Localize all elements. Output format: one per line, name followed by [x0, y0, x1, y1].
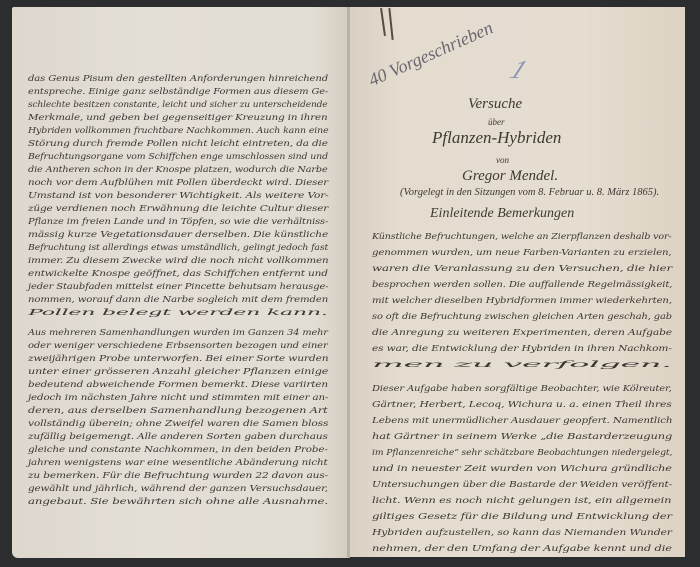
- title-line-3: Pflanzen-Hybriden: [432, 128, 561, 148]
- text-line: mit welcher dieselben Hybridformen immer…: [372, 295, 672, 305]
- text-line: gewählt und jährlich, während der ganzen…: [28, 483, 328, 493]
- text-line: vollständig überein; ohne Zweifel waren …: [28, 418, 328, 428]
- text-line: Merkmale, und geben bei gegenseitiger Kr…: [28, 112, 327, 122]
- text-line: zweijährigen Probe unterworfen. Bei eine…: [28, 353, 328, 363]
- text-line: waren die Veranlassung zu den Versuchen,…: [372, 263, 672, 273]
- text-line: Gärtner, Herbert, Lecoq, Wichura u. a. e…: [372, 399, 672, 409]
- text-line: Künstliche Befruchtungen, welche an Zier…: [372, 231, 672, 241]
- text-line: nommen, worauf dann die Narbe sogleich m…: [28, 294, 328, 304]
- text-line: Untersuchungen über die Bastarde der Wei…: [372, 479, 672, 489]
- text-line: zufällig beigemengt. Alle anderen Sorten…: [28, 431, 328, 441]
- text-line: bedeutend abweichende Formen bemerkt. Di…: [28, 379, 328, 389]
- text-line: genommen wurden, um neue Farben-Variante…: [372, 247, 672, 257]
- title-line-1: Versuche: [468, 96, 522, 113]
- text-line: so oft die Befruchtung zwischen gleichen…: [372, 311, 672, 321]
- text-line: Pflanze im freien Lande und in Töpfen, s…: [28, 216, 328, 226]
- presentation-note: (Vorgelegt in den Sitzungen vom 8. Febru…: [400, 187, 659, 198]
- text-line: entspreche. Einige ganz selbständige For…: [28, 86, 328, 96]
- text-line: Aus mehreren Samenhandlungen wurden im G…: [28, 327, 328, 337]
- text-line: Befruchtung ist allerdings etwas umständ…: [28, 242, 328, 252]
- text-line: immer. Zu diesem Zwecke wird die noch ni…: [28, 255, 328, 265]
- text-line: und in neuester Zeit wurden von Wichura …: [372, 463, 672, 473]
- text-line: besprochen werden sollen. Die auffallend…: [372, 279, 672, 289]
- text-line: die Antheren schon in der Knospe platzen…: [28, 164, 328, 174]
- title-line-2: über: [488, 117, 505, 127]
- text-line: mässig kurze Vegetationsdauer derselben.…: [28, 229, 328, 239]
- text-line: das Genus Pisum den gestellten Anforderu…: [28, 73, 328, 83]
- text-line: nehmen, der den Umfang der Aufgabe kennt…: [372, 543, 672, 553]
- text-line: unter einer grösseren Anzahl gleicher Pf…: [28, 366, 328, 376]
- text-line: schlechte besitzen constante, leicht und…: [28, 99, 328, 109]
- title-by: von: [496, 155, 509, 165]
- section-heading: Einleitende Bemerkungen: [430, 206, 574, 222]
- text-line: jeder Staubfaden mittelst einer Pincette…: [28, 281, 328, 291]
- text-line: Pollen belegt werden kann.: [28, 307, 328, 317]
- text-line: Hybriden vollkommen fruchtbare Nachkomme…: [28, 125, 329, 135]
- page-fold: [347, 7, 350, 558]
- text-line: noch vor dem Aufblühen mit Pollen überde…: [28, 177, 328, 187]
- text-line: angebaut. Sie bewährten sich ohne alle A…: [28, 496, 328, 506]
- text-line: deren, aus derselben Samenhandlung bezog…: [28, 405, 328, 415]
- text-line: gleiche und constante Nachkommen, in den…: [28, 444, 328, 454]
- text-line: oder weniger verschiedene Erbsensorten b…: [28, 340, 328, 350]
- text-line: Befruchtungsorgane vom Schiffchen enge u…: [28, 151, 328, 161]
- text-line: Störung durch fremde Pollen nicht leicht…: [28, 138, 328, 148]
- text-line: entwickelte Knospe geöffnet, das Schiffc…: [28, 268, 328, 278]
- author-name: Gregor Mendel.: [462, 168, 558, 185]
- text-line: Dieser Aufgabe haben sorgfältige Beobach…: [372, 383, 672, 393]
- text-line: Umstand ist von besonderer Wichtigkeit. …: [28, 190, 329, 200]
- text-line: züge verdienen noch Erwähnung die leicht…: [28, 203, 328, 213]
- text-line: jedoch im nächsten Jahre nicht und stimm…: [28, 392, 328, 402]
- text-line: im Pflanzenreiche“ sehr schätzbare Beoba…: [372, 447, 672, 457]
- text-line: Hybriden aufzustellen, so kann das Niema…: [372, 527, 672, 537]
- text-line: giltiges Gesetz für die Bildung und Entw…: [372, 511, 672, 521]
- text-line: licht. Wenn es noch nicht gelungen ist, …: [372, 495, 671, 505]
- text-line: men zu verfolgen.: [372, 359, 672, 369]
- text-line: jahren wenigstens war eine wesentliche A…: [28, 457, 327, 467]
- text-line: hat Gärtner in seinem Werke „die Bastard…: [372, 431, 672, 441]
- text-line: zu bemerken. Für die Befruchtung wurden …: [28, 470, 328, 480]
- text-line: Lebens mit unermüdlicher Ausdauer geopfe…: [372, 415, 672, 425]
- text-line: es war, die Entwicklung der Hybriden in …: [372, 343, 672, 353]
- text-line: die Anregung zu weiteren Experimenten, d…: [372, 327, 672, 337]
